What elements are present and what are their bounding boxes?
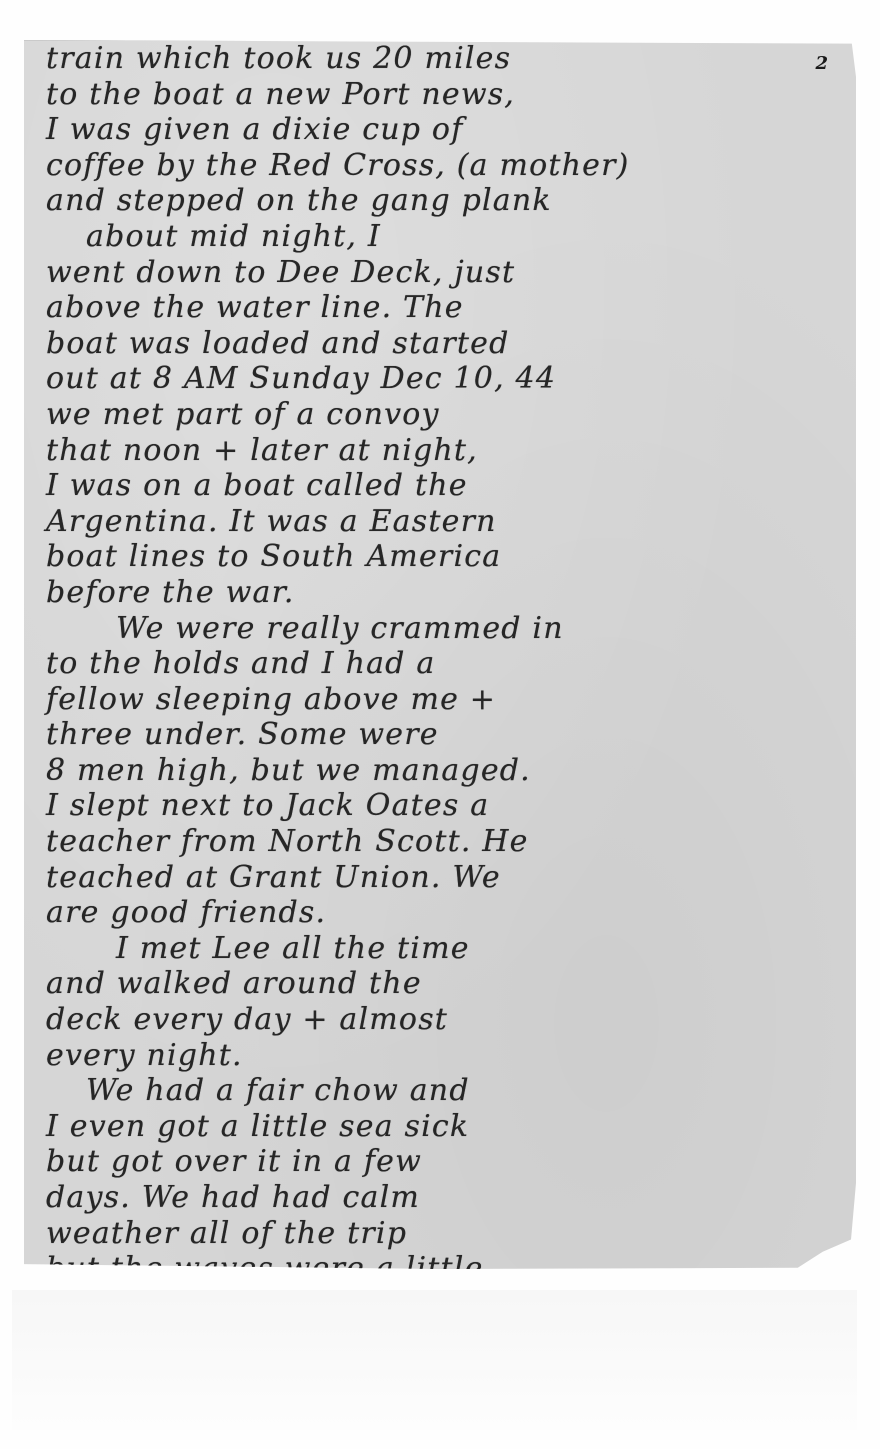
- text-line: to the boat a new Port news,: [46, 77, 836, 113]
- text-line: train which took us 20 miles: [46, 41, 836, 77]
- text-line: we met part of a convoy: [46, 397, 836, 433]
- text-line: I was on a boat called the: [46, 468, 836, 504]
- text-line: deck every day + almost: [46, 1002, 836, 1038]
- text-line: fellow sleeping above me +: [46, 682, 836, 718]
- text-line: I slept next to Jack Oates a: [46, 788, 836, 824]
- text-line: coffee by the Red Cross, (a mother): [46, 148, 836, 184]
- text-line: are good friends.: [46, 895, 836, 931]
- text-line: Argentina. It was a Eastern: [46, 504, 836, 540]
- text-line: but got over it in a few: [46, 1144, 836, 1180]
- text-line: that noon + later at night,: [46, 433, 836, 469]
- text-line: We were really crammed in: [46, 611, 836, 647]
- text-line: I met Lee all the time: [46, 931, 836, 967]
- text-line: I was given a dixie cup of: [46, 112, 836, 148]
- text-line: boat was loaded and started: [46, 326, 836, 362]
- text-line: teacher from North Scott. He: [46, 824, 836, 860]
- text-line: above the water line. The: [46, 290, 836, 326]
- text-line: and stepped on the gang plank: [46, 183, 836, 219]
- text-line: weather all of the trip: [46, 1216, 836, 1252]
- blank-lower-area: [12, 1290, 857, 1430]
- text-line: to the holds and I had a: [46, 646, 836, 682]
- text-line: went down to Dee Deck, just: [46, 255, 836, 291]
- handwritten-text: train which took us 20 miles to the boat…: [46, 41, 836, 1322]
- text-line: about mid night, I: [46, 219, 836, 255]
- text-line: teached at Grant Union. We: [46, 860, 836, 896]
- text-line: 8 men high, but we managed.: [46, 753, 836, 789]
- handwritten-page: 2 train which took us 20 miles to the bo…: [24, 40, 856, 1269]
- text-line: We had a fair chow and: [46, 1073, 836, 1109]
- text-line: and walked around the: [46, 966, 836, 1002]
- text-line: before the war.: [46, 575, 836, 611]
- text-line: boat lines to South America: [46, 539, 836, 575]
- text-line: days. We had had calm: [46, 1180, 836, 1216]
- text-line: I even got a little sea sick: [46, 1109, 836, 1145]
- text-line: out at 8 AM Sunday Dec 10, 44: [46, 361, 836, 397]
- text-line: three under. Some were: [46, 717, 836, 753]
- text-line: every night.: [46, 1038, 836, 1074]
